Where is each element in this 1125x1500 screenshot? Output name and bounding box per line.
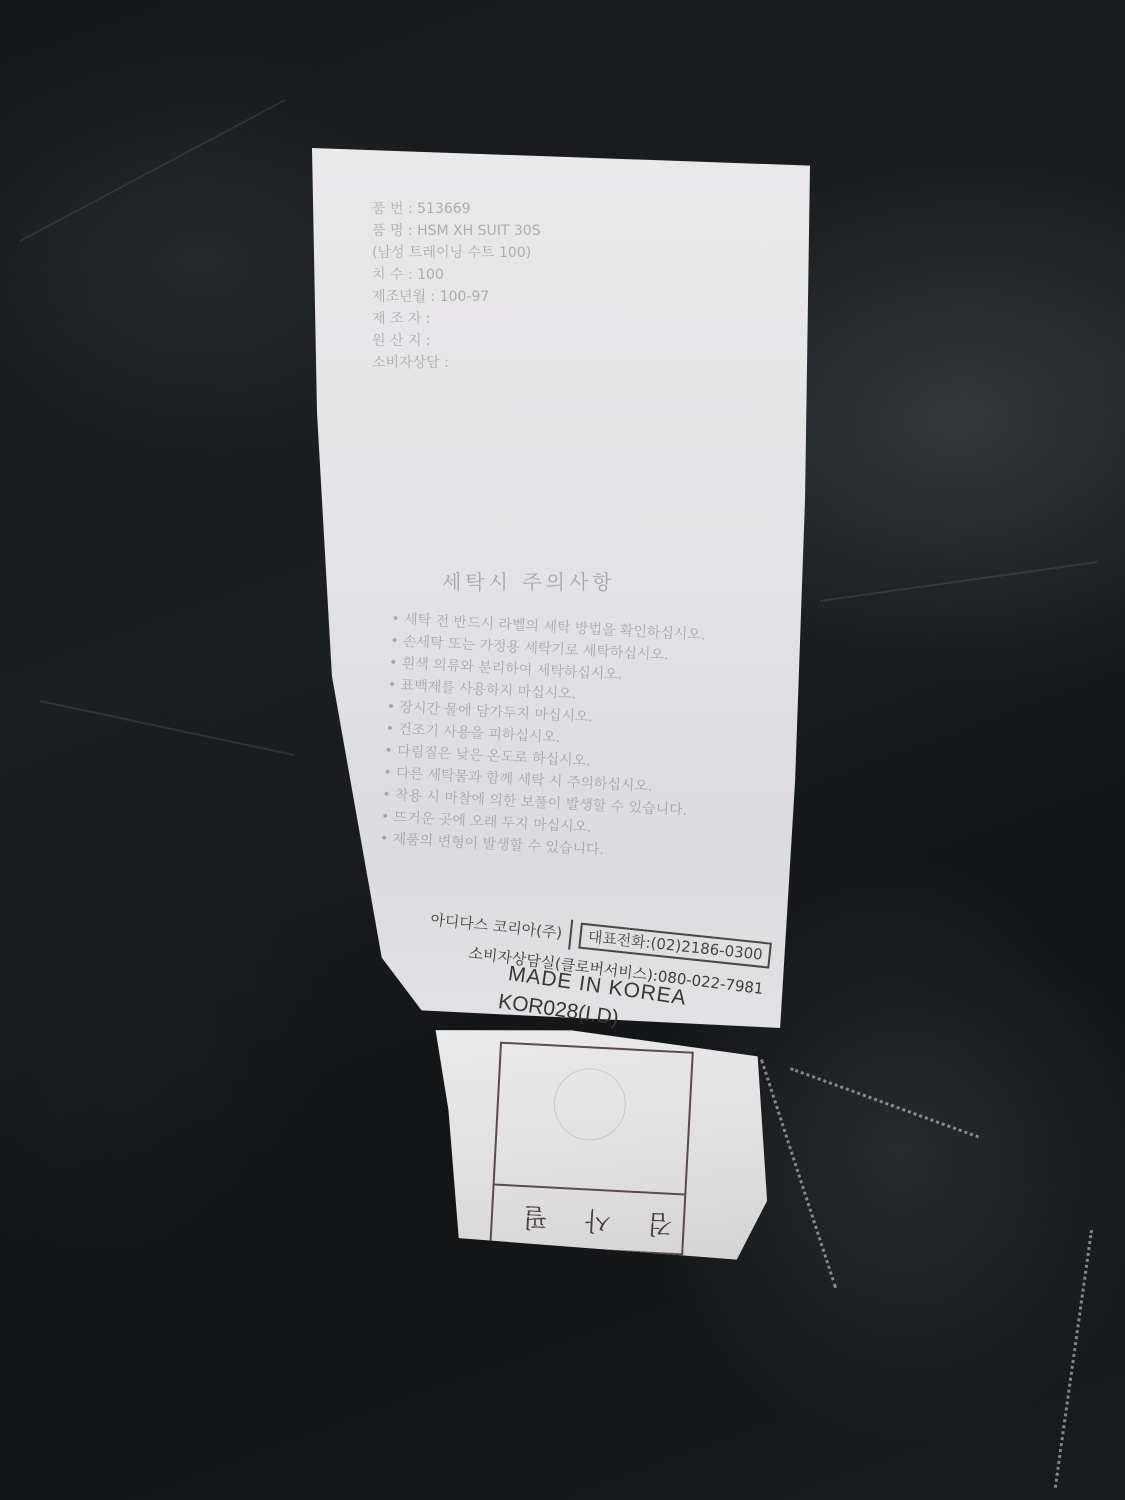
tag-char: 검 — [647, 1207, 674, 1245]
care-label: 품 번 : 513669 품 명 : HSM XH SUIT 30S (남성 트… — [312, 148, 810, 1028]
label-line: 제 조 자 : — [372, 308, 772, 330]
label-line: (남성 트레이닝 수트 100) — [372, 242, 772, 264]
tag-char: 필 — [522, 1200, 549, 1238]
tag-divider — [495, 1184, 685, 1196]
tag-char: 사 — [584, 1203, 611, 1241]
care-instructions-block: • 세탁 전 반드시 라벨의 세탁 방법을 확인하십시오. • 손세탁 또는 가… — [379, 608, 791, 871]
label-line: 품 명 : HSM XH SUIT 30S — [372, 220, 772, 242]
label-line: 치 수 : 100 — [372, 264, 772, 286]
stamp-mark-icon — [552, 1067, 628, 1143]
label-line: 원 산 지 : — [372, 330, 772, 352]
tag-frame: 검 사 필 — [489, 1042, 693, 1256]
inspection-passed-text: 검 사 필 — [522, 1200, 674, 1245]
divider — [569, 920, 574, 950]
label-line: 제조년월 : 100-97 — [372, 286, 772, 308]
care-section-header: 세탁시 주의사항 — [442, 566, 616, 595]
product-info-block: 품 번 : 513669 품 명 : HSM XH SUIT 30S (남성 트… — [372, 198, 772, 374]
label-line: 품 번 : 513669 — [372, 198, 772, 220]
label-line: 소비자상담 : — [372, 352, 772, 374]
inspection-tag: 검 사 필 — [424, 1016, 776, 1265]
